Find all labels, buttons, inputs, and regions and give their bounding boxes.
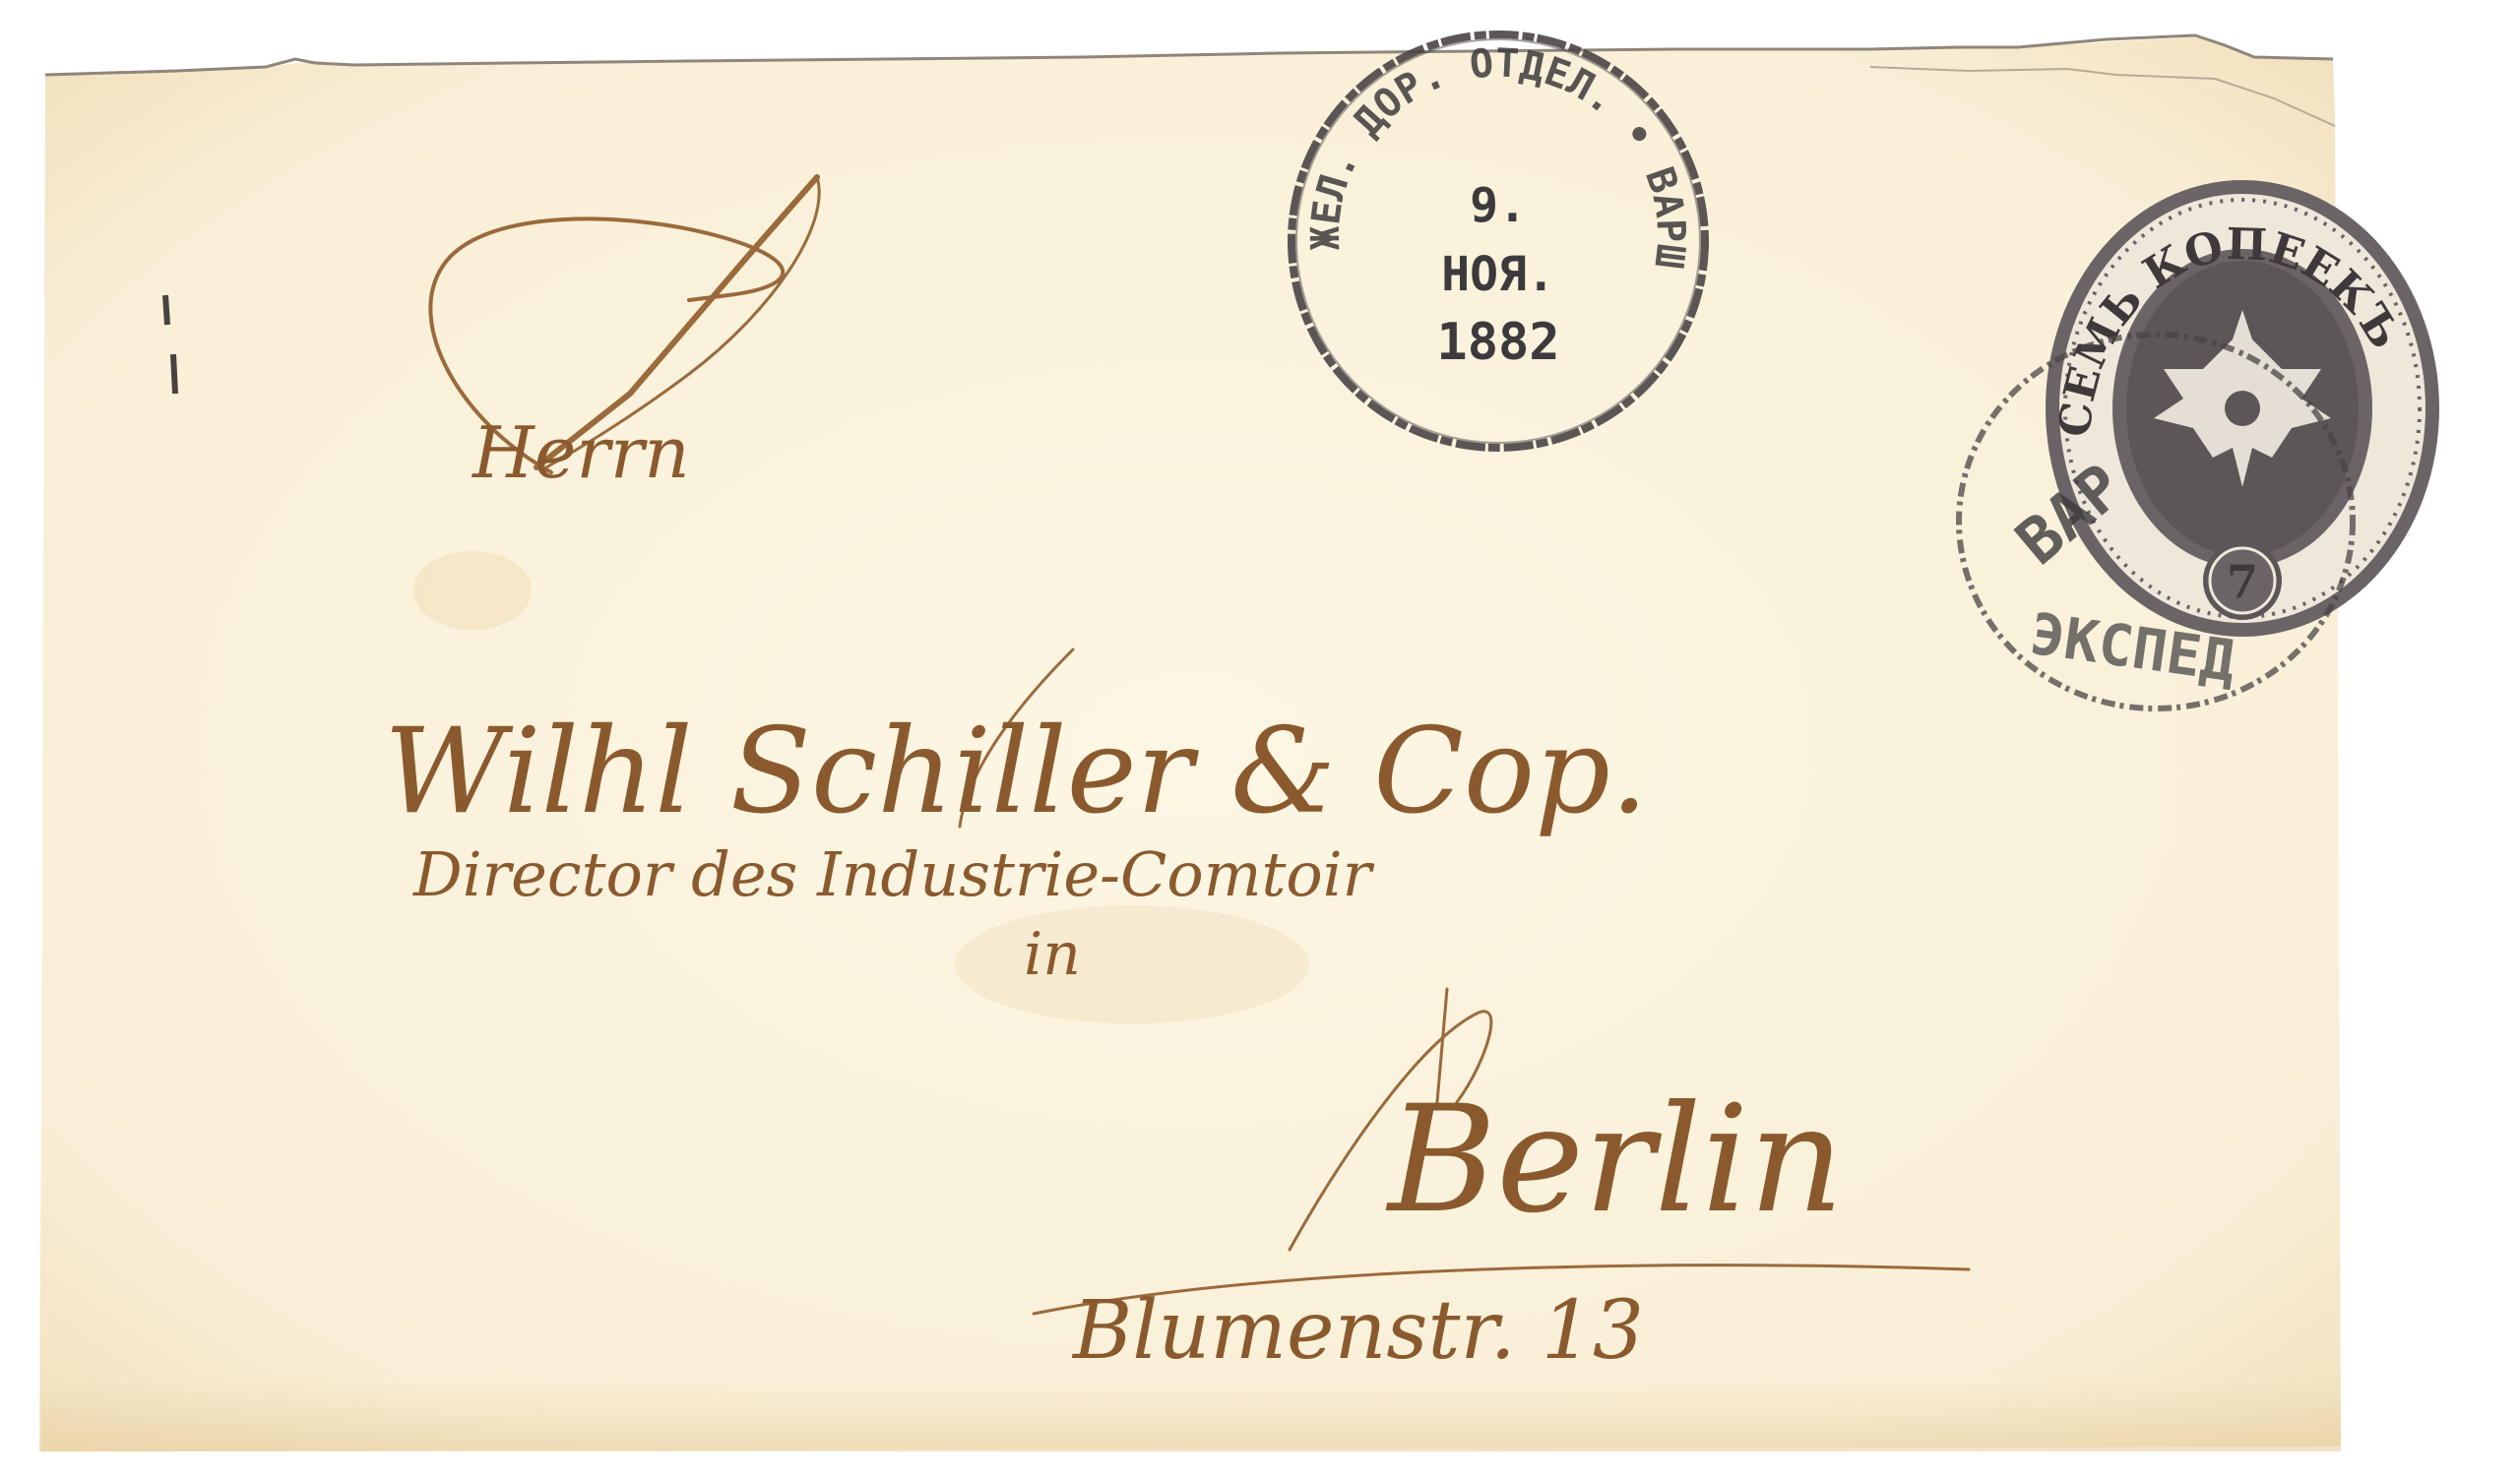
salutation-text: Herrn bbox=[471, 411, 690, 494]
preposition-in: in bbox=[1024, 920, 1081, 989]
postage-stamp: СЕМЬ КОПЕЕКЪ 7 bbox=[2046, 180, 2439, 637]
postmark-month: НОЯ. bbox=[1441, 247, 1555, 302]
city-text: Berlin bbox=[1385, 1075, 1844, 1246]
envelope: ЖЕЛ. ДОР. ОТДЕЛ. • ВАРШАВА 9. НОЯ. 1882 … bbox=[0, 0, 2520, 1480]
postmark-day: 9. bbox=[1470, 178, 1527, 233]
postmark-year: 1882 bbox=[1436, 313, 1559, 372]
recipient-name: Wilhl Schiller & Cop. bbox=[384, 704, 1648, 840]
recipient-title: Director des Industrie-Comtoir bbox=[412, 838, 1375, 910]
street-address: Blumenstr. 13 bbox=[1071, 1284, 1644, 1378]
stamp-value: 7 bbox=[2227, 555, 2258, 608]
envelope-photo: ЖЕЛ. ДОР. ОТДЕЛ. • ВАРШАВА 9. НОЯ. 1882 … bbox=[0, 0, 2520, 1480]
